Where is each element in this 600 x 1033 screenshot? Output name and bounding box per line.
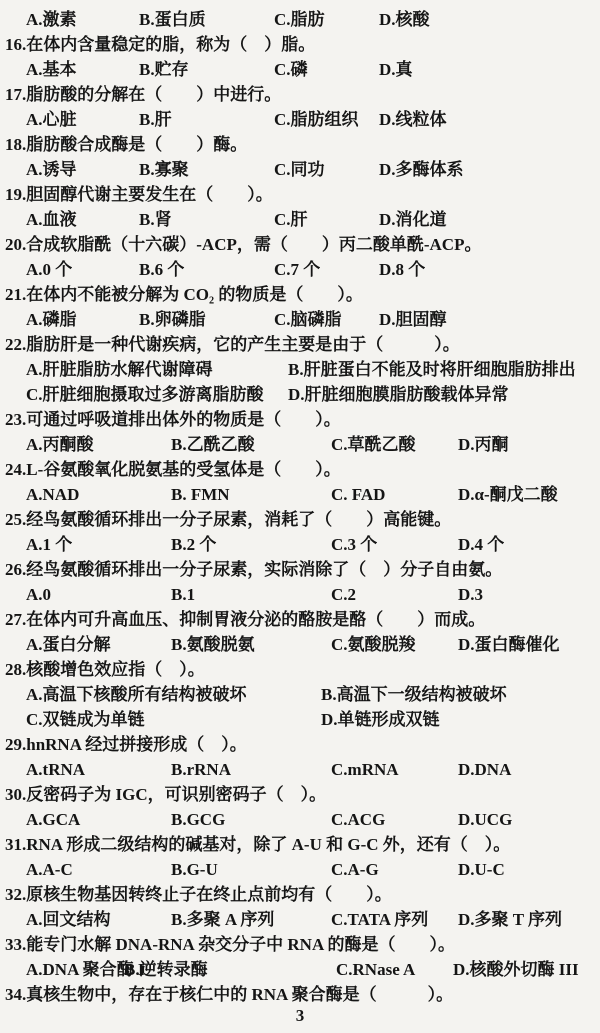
options-row: A.丙酮酸B.乙酰乙酸C.草酰乙酸D.丙酮 bbox=[5, 432, 596, 457]
option: A.回文结构 bbox=[26, 907, 171, 932]
option: B. FMN bbox=[171, 482, 331, 507]
option: A.激素 bbox=[26, 7, 139, 32]
options-row: A.心脏B.肝C.脂肪组织D.线粒体 bbox=[5, 107, 596, 132]
option: C.草酰乙酸 bbox=[331, 432, 458, 457]
option: A.A-C bbox=[26, 857, 171, 882]
option: D.肝脏细胞膜脂肪酸载体异常 bbox=[288, 382, 596, 407]
options-row: A.1 个B.2 个C.3 个D.4 个 bbox=[5, 532, 596, 557]
option: B.1 bbox=[171, 582, 331, 607]
question-stem: 32.原核生物基因转终止子在终止点前均有（ ）。 bbox=[5, 882, 596, 907]
option: C.氨酸脱羧 bbox=[331, 632, 458, 657]
options-row: A.激素B.蛋白质C.脂肪D.核酸 bbox=[5, 7, 596, 32]
option: D.线粒体 bbox=[379, 107, 596, 132]
option: D.3 bbox=[458, 582, 596, 607]
option: D.蛋白酶催化 bbox=[458, 632, 596, 657]
question-stem: 23.可通过呼吸道排出体外的物质是（ ）。 bbox=[5, 407, 596, 432]
question-stem: 21.在体内不能被分解为 CO₂ 的物质是（ ）。 bbox=[5, 282, 596, 307]
option: B.GCG bbox=[171, 807, 331, 832]
option: D.胆固醇 bbox=[379, 307, 596, 332]
option: A.NAD bbox=[26, 482, 171, 507]
option: D.α-酮戊二酸 bbox=[458, 482, 596, 507]
option: C.3 个 bbox=[331, 532, 458, 557]
question-stem: 25.经鸟氨酸循环排出一分子尿素，消耗了（ ）高能键。 bbox=[5, 507, 596, 532]
page-number: 3 bbox=[0, 1003, 600, 1028]
option: C.脂肪 bbox=[274, 7, 379, 32]
option: B.2 个 bbox=[171, 532, 331, 557]
question-stem: 30.反密码子为 IGC，可识别密码子（ ）。 bbox=[5, 782, 596, 807]
question-stem: 24.L-谷氨酸氧化脱氨基的受氢体是（ ）。 bbox=[5, 457, 596, 482]
option: A.0 bbox=[26, 582, 171, 607]
option: A.0 个 bbox=[26, 257, 139, 282]
option: B.卵磷脂 bbox=[139, 307, 274, 332]
question-stem: 29.hnRNA 经过拼接形成（ ）。 bbox=[5, 732, 596, 757]
option: C.脂肪组织 bbox=[274, 107, 379, 132]
options-row: A.基本B.贮存C.磷D.真 bbox=[5, 57, 596, 82]
options-row: A.0 个B.6 个C.7 个D.8 个 bbox=[5, 257, 596, 282]
option: B.多聚 A 序列 bbox=[171, 907, 331, 932]
question-stem: 22.脂肪肝是一种代谢疾病，它的产生主要是由于（ ）。 bbox=[5, 332, 596, 357]
options-row: A.高温下核酸所有结构被破坏B.高温下一级结构被破坏 bbox=[5, 682, 596, 707]
options-row: A.蛋白分解B.氨酸脱氨C.氨酸脱羧D.蛋白酶催化 bbox=[5, 632, 596, 657]
option: C.mRNA bbox=[331, 757, 458, 782]
options-row: A.血液B.肾C.肝D.消化道 bbox=[5, 207, 596, 232]
option: B.寡聚 bbox=[139, 157, 274, 182]
option: C.A-G bbox=[331, 857, 458, 882]
option: B.高温下一级结构被破坏 bbox=[321, 682, 596, 707]
option: C.RNase A bbox=[336, 957, 453, 982]
option: A.基本 bbox=[26, 57, 139, 82]
option: B.肝脏蛋白不能及时将肝细胞脂肪排出 bbox=[288, 357, 596, 382]
question-stem: 17.脂肪酸的分解在（ ）中进行。 bbox=[5, 82, 596, 107]
question-stem: 26.经鸟氨酸循环排出一分子尿素，实际消除了（ ）分子自由氨。 bbox=[5, 557, 596, 582]
option: B.rRNA bbox=[171, 757, 331, 782]
option: B.蛋白质 bbox=[139, 7, 274, 32]
option: B.肝 bbox=[139, 107, 274, 132]
option: C. FAD bbox=[331, 482, 458, 507]
option: A.肝脏脂肪水解代谢障碍 bbox=[26, 357, 288, 382]
option: B.肾 bbox=[139, 207, 274, 232]
option: C.ACG bbox=[331, 807, 458, 832]
options-row: A.DNA 聚合酶 IB.逆转录酶C.RNase AD.核酸外切酶 III bbox=[5, 957, 596, 982]
options-row: A.0B.1C.2D.3 bbox=[5, 582, 596, 607]
question-stem: 20.合成软脂酰（十六碳）-ACP，需（ ）丙二酸单酰-ACP。 bbox=[5, 232, 596, 257]
option: D.8 个 bbox=[379, 257, 596, 282]
option: A.丙酮酸 bbox=[26, 432, 171, 457]
option: B.乙酰乙酸 bbox=[171, 432, 331, 457]
option: D.单链形成双链 bbox=[321, 707, 596, 732]
option: A.GCA bbox=[26, 807, 171, 832]
options-row: A.tRNAB.rRNAC.mRNAD.DNA bbox=[5, 757, 596, 782]
options-row: A.GCAB.GCGC.ACGD.UCG bbox=[5, 807, 596, 832]
option: C.肝 bbox=[274, 207, 379, 232]
option: D.真 bbox=[379, 57, 596, 82]
question-stem: 16.在体内含量稳定的脂，称为（ ）脂。 bbox=[5, 32, 596, 57]
option: C.磷 bbox=[274, 57, 379, 82]
options-row: A.NADB. FMNC. FADD.α-酮戊二酸 bbox=[5, 482, 596, 507]
question-stem: 31.RNA 形成二级结构的碱基对，除了 A-U 和 G-C 外，还有（ ）。 bbox=[5, 832, 596, 857]
option: B.6 个 bbox=[139, 257, 274, 282]
options-row: C.双链成为单链D.单链形成双链 bbox=[5, 707, 596, 732]
option: A.DNA 聚合酶 I bbox=[26, 957, 124, 982]
option: D.消化道 bbox=[379, 207, 596, 232]
option: B.逆转录酶 bbox=[124, 957, 336, 982]
option: A.磷脂 bbox=[26, 307, 139, 332]
exam-page: A.激素B.蛋白质C.脂肪D.核酸16.在体内含量稳定的脂，称为（ ）脂。A.基… bbox=[0, 0, 600, 1033]
option: A.心脏 bbox=[26, 107, 139, 132]
option: A.高温下核酸所有结构被破坏 bbox=[26, 682, 321, 707]
option: B.氨酸脱氨 bbox=[171, 632, 331, 657]
option: C.7 个 bbox=[274, 257, 379, 282]
option: D.UCG bbox=[458, 807, 596, 832]
question-list: A.激素B.蛋白质C.脂肪D.核酸16.在体内含量稳定的脂，称为（ ）脂。A.基… bbox=[5, 7, 596, 1007]
option: A.血液 bbox=[26, 207, 139, 232]
option: D.核酸外切酶 III bbox=[453, 957, 596, 982]
option: C.脑磷脂 bbox=[274, 307, 379, 332]
option: D.U-C bbox=[458, 857, 596, 882]
options-row: C.肝脏细胞摄取过多游离脂肪酸D.肝脏细胞膜脂肪酸载体异常 bbox=[5, 382, 596, 407]
question-stem: 27.在体内可升高血压、抑制胃液分泌的酪胺是酪（ ）而成。 bbox=[5, 607, 596, 632]
option: C.肝脏细胞摄取过多游离脂肪酸 bbox=[26, 382, 288, 407]
option: B.贮存 bbox=[139, 57, 274, 82]
options-row: A.A-CB.G-UC.A-GD.U-C bbox=[5, 857, 596, 882]
option: C.双链成为单链 bbox=[26, 707, 321, 732]
options-row: A.回文结构B.多聚 A 序列C.TATA 序列D.多聚 T 序列 bbox=[5, 907, 596, 932]
question-stem: 33.能专门水解 DNA-RNA 杂交分子中 RNA 的酶是（ ）。 bbox=[5, 932, 596, 957]
option: C.2 bbox=[331, 582, 458, 607]
option: C.同功 bbox=[274, 157, 379, 182]
option: D.核酸 bbox=[379, 7, 596, 32]
question-stem: 19.胆固醇代谢主要发生在（ ）。 bbox=[5, 182, 596, 207]
option: D.多酶体系 bbox=[379, 157, 596, 182]
option: A.1 个 bbox=[26, 532, 171, 557]
option: D.丙酮 bbox=[458, 432, 596, 457]
question-stem: 18.脂肪酸合成酶是（ ）酶。 bbox=[5, 132, 596, 157]
option: A.蛋白分解 bbox=[26, 632, 171, 657]
option: A.诱导 bbox=[26, 157, 139, 182]
option: D.多聚 T 序列 bbox=[458, 907, 596, 932]
question-stem: 28.核酸增色效应指（ ）。 bbox=[5, 657, 596, 682]
option: D.DNA bbox=[458, 757, 596, 782]
options-row: A.诱导B.寡聚C.同功D.多酶体系 bbox=[5, 157, 596, 182]
option: C.TATA 序列 bbox=[331, 907, 458, 932]
option: D.4 个 bbox=[458, 532, 596, 557]
options-row: A.肝脏脂肪水解代谢障碍B.肝脏蛋白不能及时将肝细胞脂肪排出 bbox=[5, 357, 596, 382]
options-row: A.磷脂B.卵磷脂C.脑磷脂D.胆固醇 bbox=[5, 307, 596, 332]
option: A.tRNA bbox=[26, 757, 171, 782]
option: B.G-U bbox=[171, 857, 331, 882]
